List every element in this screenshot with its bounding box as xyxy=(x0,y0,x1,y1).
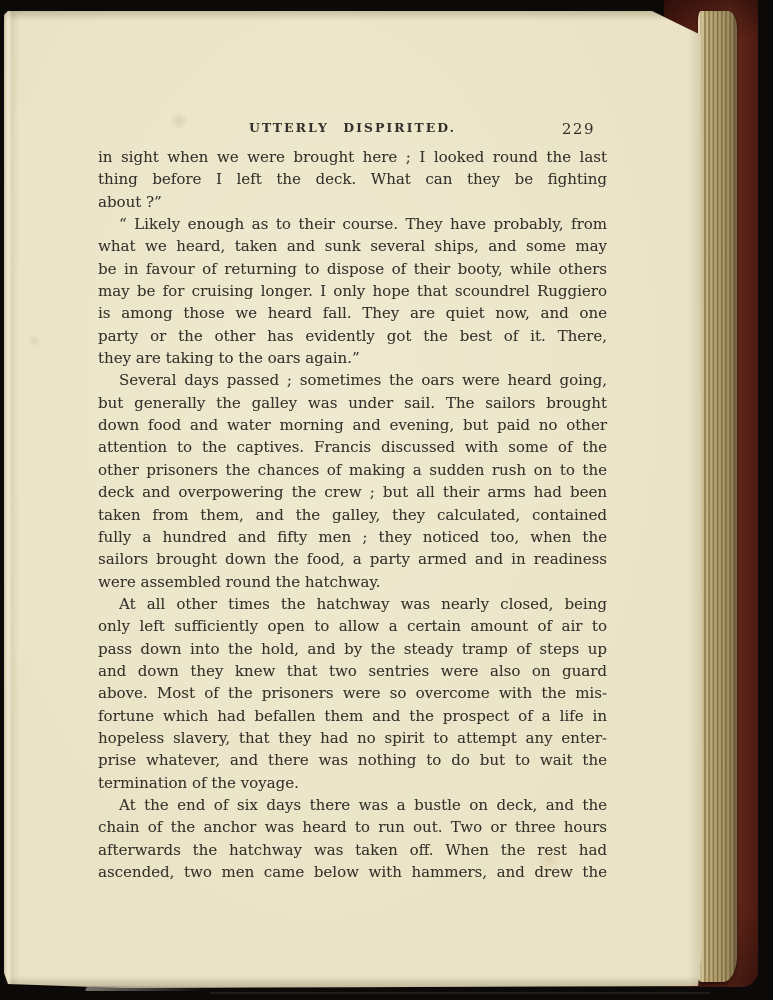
text-line: above. Most of the prisoners were so ove… xyxy=(98,682,607,704)
text-line: pass down into the hold, and by the stea… xyxy=(98,638,607,660)
text-line: thing before I left the deck. What can t… xyxy=(98,168,607,190)
text-line: deck and overpowering the crew ; but all… xyxy=(98,481,607,503)
bottom-page-curl xyxy=(84,986,208,991)
text-line: other prisoners the chances of making a … xyxy=(98,459,607,481)
text-line: in sight when we were brought here ; I l… xyxy=(98,146,607,168)
text-line: taken from them, and the galley, they ca… xyxy=(98,504,607,526)
text-line: about ?” xyxy=(98,191,607,213)
text-line: prise whatever, and there was nothing to… xyxy=(98,749,607,771)
text-line: “ Likely enough as to their course. They… xyxy=(98,213,607,235)
book-page: UTTERLY DISPIRITED. 229 in sight when we… xyxy=(4,11,702,988)
text-line: chain of the anchor was heard to run out… xyxy=(98,816,607,838)
running-head: UTTERLY DISPIRITED. 229 xyxy=(98,120,607,142)
text-line: but generally the galley was under sail.… xyxy=(98,392,607,414)
text-line: they are taking to the oars again.” xyxy=(98,347,607,369)
paragraph: in sight when we were brought here ; I l… xyxy=(98,146,607,213)
text-line: sailors brought down the food, a party a… xyxy=(98,548,607,570)
table-seam xyxy=(210,992,710,994)
text-line: down food and water morning and evening,… xyxy=(98,414,607,436)
paragraph: At the end of six days there was a bustl… xyxy=(98,794,607,883)
paragraph: “ Likely enough as to their course. They… xyxy=(98,213,607,369)
text-line: be in favour of returning to dispose of … xyxy=(98,258,607,280)
text-line: At all other times the hatchway was near… xyxy=(98,593,607,615)
text-line: party or the other has evidently got the… xyxy=(98,325,607,347)
text-line: attention to the captives. Francis discu… xyxy=(98,436,607,458)
text-line: afterwards the hatchway was taken off. W… xyxy=(98,839,607,861)
text-line: were assembled round the hatchway. xyxy=(98,571,607,593)
text-line: and down they knew that two sentries wer… xyxy=(98,660,607,682)
text-line: may be for cruising longer. I only hope … xyxy=(98,280,607,302)
page-number: 229 xyxy=(562,120,595,138)
text-line: fortune which had befallen them and the … xyxy=(98,705,607,727)
text-line: ascended, two men came below with hammer… xyxy=(98,861,607,883)
text-line: is among those we heard fall. They are q… xyxy=(98,302,607,324)
text-line: fully a hundred and fifty men ; they not… xyxy=(98,526,607,548)
paragraph: Several days passed ; sometimes the oars… xyxy=(98,369,607,592)
body-text-block: in sight when we were brought here ; I l… xyxy=(98,146,607,883)
scanned-book-photo: UTTERLY DISPIRITED. 229 in sight when we… xyxy=(0,0,773,1000)
paragraph: At all other times the hatchway was near… xyxy=(98,593,607,794)
text-line: only left sufficiently open to allow a c… xyxy=(98,615,607,637)
text-line: what we heard, taken and sunk several sh… xyxy=(98,235,607,257)
text-line: hopeless slavery, that they had no spiri… xyxy=(98,727,607,749)
text-line: termination of the voyage. xyxy=(98,772,607,794)
text-line: Several days passed ; sometimes the oars… xyxy=(98,369,607,391)
page-edge-stack xyxy=(698,11,737,982)
running-head-title: UTTERLY DISPIRITED. xyxy=(98,120,607,135)
text-line: At the end of six days there was a bustl… xyxy=(98,794,607,816)
